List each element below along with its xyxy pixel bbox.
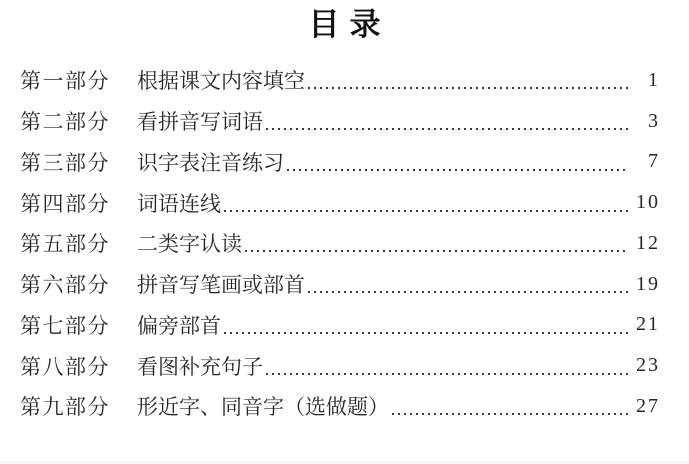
dot-leader <box>224 332 628 334</box>
dot-leader <box>266 373 628 375</box>
toc-entry-row: 第一部分 根据课文内容填空 1 <box>20 60 660 101</box>
dot-leader <box>224 210 628 212</box>
page-bottom-divider <box>0 462 689 463</box>
toc-entry-row: 第七部分 偏旁部首 21 <box>20 305 660 346</box>
toc-section-label: 第九部分 <box>20 391 137 421</box>
toc-page: 目录 第一部分 根据课文内容填空 1 第二部分 看拼音写词语 3 第三部分 识字… <box>0 0 689 464</box>
page-title: 目录 <box>0 0 689 48</box>
dot-leader <box>245 250 628 252</box>
dot-leader <box>308 87 628 89</box>
toc-page-number: 12 <box>630 232 660 255</box>
toc-page-number: 27 <box>630 395 660 418</box>
toc-entry-row: 第四部分 词语连线 10 <box>20 182 660 223</box>
toc-section-title: 词语连线 <box>137 188 221 218</box>
toc-section-label: 第三部分 <box>20 147 137 177</box>
toc-section-title: 根据课文内容填空 <box>137 65 305 95</box>
dot-leader <box>287 169 628 171</box>
toc-section-label: 第二部分 <box>20 106 137 136</box>
toc-entry-row: 第六部分 拼音写笔画或部首 19 <box>20 264 660 305</box>
toc-section-title: 看拼音写词语 <box>137 106 263 136</box>
dot-leader <box>392 413 628 415</box>
dot-leader <box>308 291 628 293</box>
toc-section-label: 第六部分 <box>20 269 137 299</box>
toc-page-number: 10 <box>630 191 660 214</box>
toc-entry-row: 第三部分 识字表注音练习 7 <box>20 142 660 183</box>
toc-section-title: 形近字、同音字（选做题） <box>137 391 389 421</box>
toc-entry-row: 第八部分 看图补充句子 23 <box>20 345 660 386</box>
toc-page-number: 7 <box>630 150 660 173</box>
toc-section-title: 偏旁部首 <box>137 310 221 340</box>
toc-page-number: 3 <box>630 110 660 133</box>
toc-entry-row: 第九部分 形近字、同音字（选做题） 27 <box>20 386 660 427</box>
toc-section-label: 第八部分 <box>20 351 137 381</box>
toc-section-label: 第一部分 <box>20 65 137 95</box>
toc-page-number: 23 <box>630 354 660 377</box>
dot-leader <box>266 128 628 130</box>
toc-page-number: 21 <box>630 313 660 336</box>
toc-section-title: 二类字认读 <box>137 228 242 258</box>
toc-page-number: 19 <box>630 273 660 296</box>
toc-section-label: 第四部分 <box>20 188 137 218</box>
toc-section-label: 第七部分 <box>20 310 137 340</box>
toc-entry-row: 第二部分 看拼音写词语 3 <box>20 101 660 142</box>
toc-section-title: 识字表注音练习 <box>137 147 284 177</box>
toc-entry-row: 第五部分 二类字认读 12 <box>20 223 660 264</box>
toc-page-number: 1 <box>630 69 660 92</box>
toc-section-label: 第五部分 <box>20 228 137 258</box>
toc-section-title: 看图补充句子 <box>137 351 263 381</box>
toc-section-title: 拼音写笔画或部首 <box>137 269 305 299</box>
toc-list: 第一部分 根据课文内容填空 1 第二部分 看拼音写词语 3 第三部分 识字表注音… <box>0 60 689 427</box>
